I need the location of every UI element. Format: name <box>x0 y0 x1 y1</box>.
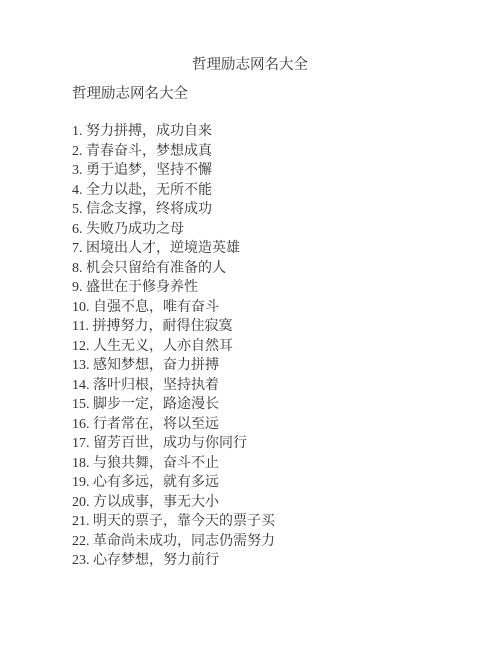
section-heading: 哲理励志网名大全 <box>72 84 188 104</box>
list-item: 1. 努力拼搏，成功自来 <box>72 122 275 142</box>
list-item: 6. 失败乃成功之母 <box>72 220 275 240</box>
page-title: 哲理励志网名大全 <box>0 55 500 75</box>
name-list: 1. 努力拼搏，成功自来 2. 青春奋斗，梦想成真 3. 勇于追梦，坚持不懈 4… <box>72 122 275 571</box>
list-item: 4. 全力以赴，无所不能 <box>72 181 275 201</box>
list-item: 2. 青春奋斗，梦想成真 <box>72 142 275 162</box>
list-item: 3. 勇于追梦，坚持不懈 <box>72 161 275 181</box>
list-item: 14. 落叶归根，坚持执着 <box>72 376 275 396</box>
list-item: 23. 心存梦想，努力前行 <box>72 551 275 571</box>
list-item: 8. 机会只留给有准备的人 <box>72 259 275 279</box>
list-item: 5. 信念支撑，终将成功 <box>72 200 275 220</box>
list-item: 19. 心有多远，就有多远 <box>72 473 275 493</box>
list-item: 11. 拼搏努力，耐得住寂寞 <box>72 317 275 337</box>
list-item: 17. 留芳百世，成功与你同行 <box>72 434 275 454</box>
list-item: 16. 行者常在，将以至远 <box>72 415 275 435</box>
list-item: 7. 困境出人才，逆境造英雄 <box>72 239 275 259</box>
list-item: 13. 感知梦想，奋力拼搏 <box>72 356 275 376</box>
list-item: 20. 方以成事，事无大小 <box>72 493 275 513</box>
document-page: 哲理励志网名大全 哲理励志网名大全 1. 努力拼搏，成功自来 2. 青春奋斗，梦… <box>0 0 500 647</box>
list-item: 10. 自强不息，唯有奋斗 <box>72 298 275 318</box>
list-item: 12. 人生无义，人亦自然耳 <box>72 337 275 357</box>
list-item: 18. 与狼共舞，奋斗不止 <box>72 454 275 474</box>
list-item: 22. 革命尚未成功，同志仍需努力 <box>72 532 275 552</box>
list-item: 15. 脚步一定，路途漫长 <box>72 395 275 415</box>
list-item: 9. 盛世在于修身养性 <box>72 278 275 298</box>
list-item: 21. 明天的票子，靠今天的票子买 <box>72 512 275 532</box>
